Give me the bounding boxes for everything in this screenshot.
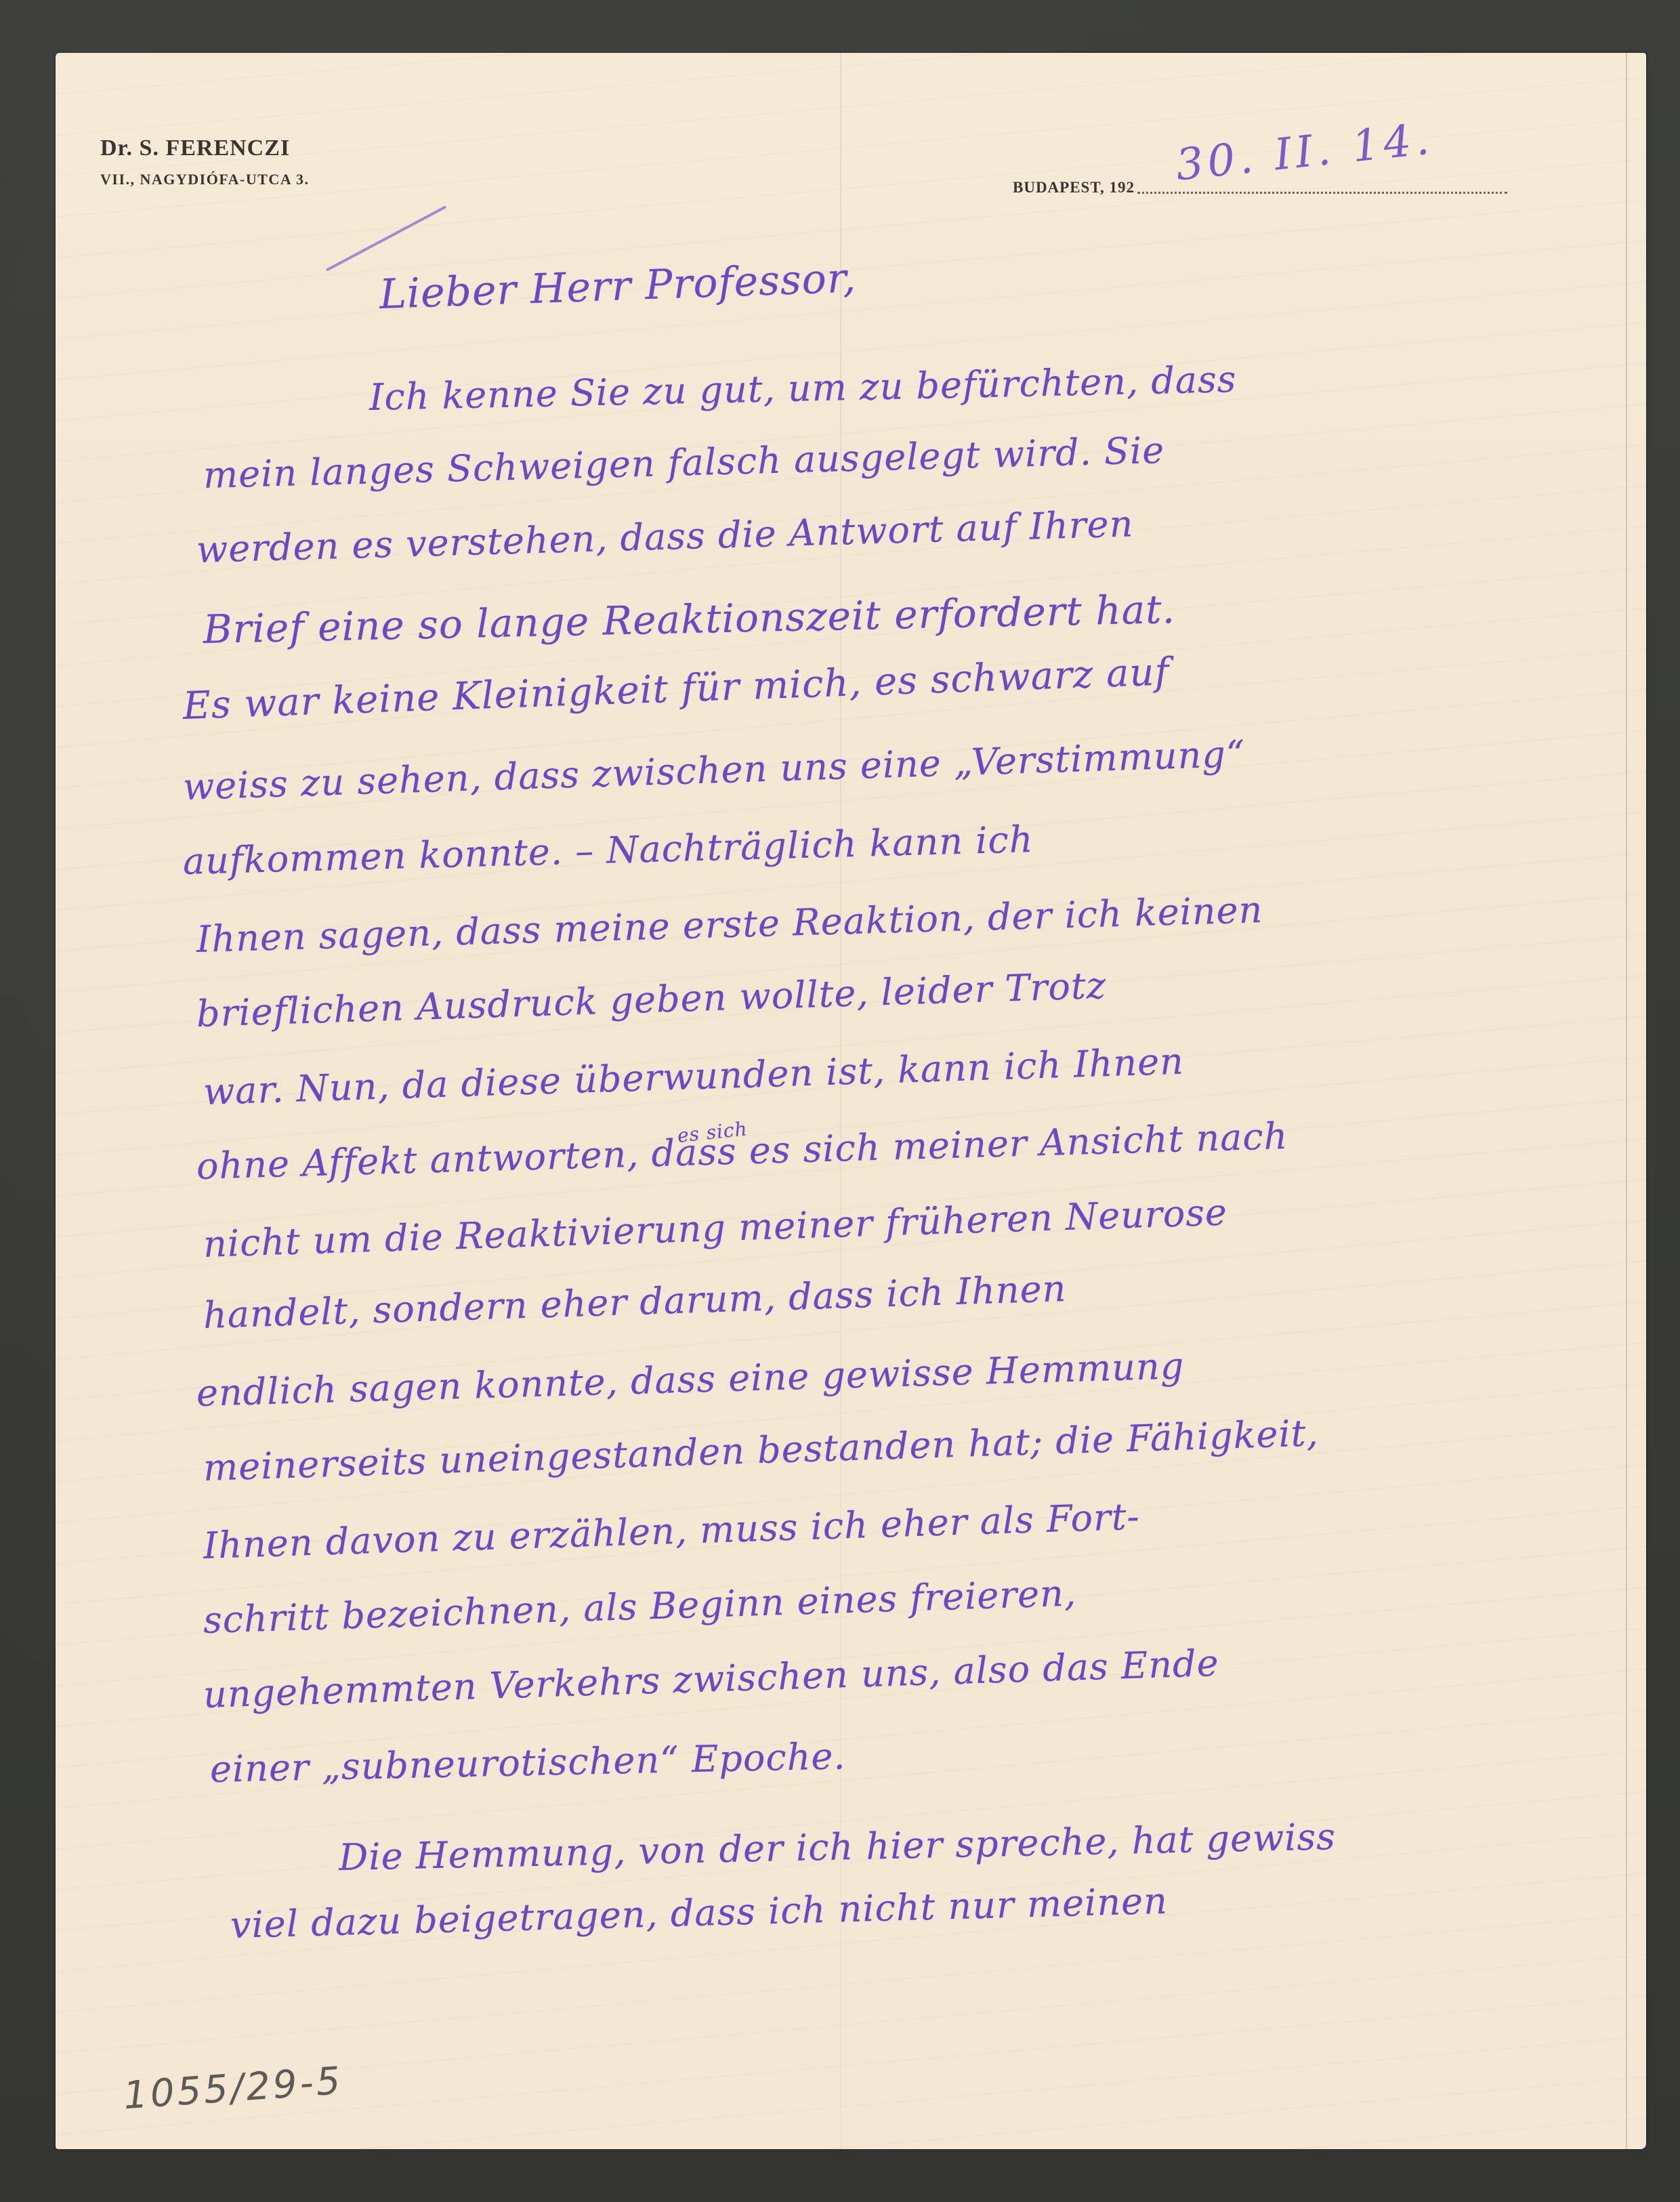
date-dotted-line [1137, 191, 1507, 194]
letterhead-name: Dr. S. FERENCZI [100, 136, 290, 161]
letterhead-name-text: S. FERENCZI [140, 136, 291, 161]
letterhead-name-prefix: Dr. [100, 136, 133, 161]
page-edge [1626, 53, 1627, 2149]
place-date-label: BUDAPEST, 192 [1013, 179, 1135, 196]
letterhead-address: VII., NAGYDIÓFA-UTCA 3. [100, 171, 310, 188]
